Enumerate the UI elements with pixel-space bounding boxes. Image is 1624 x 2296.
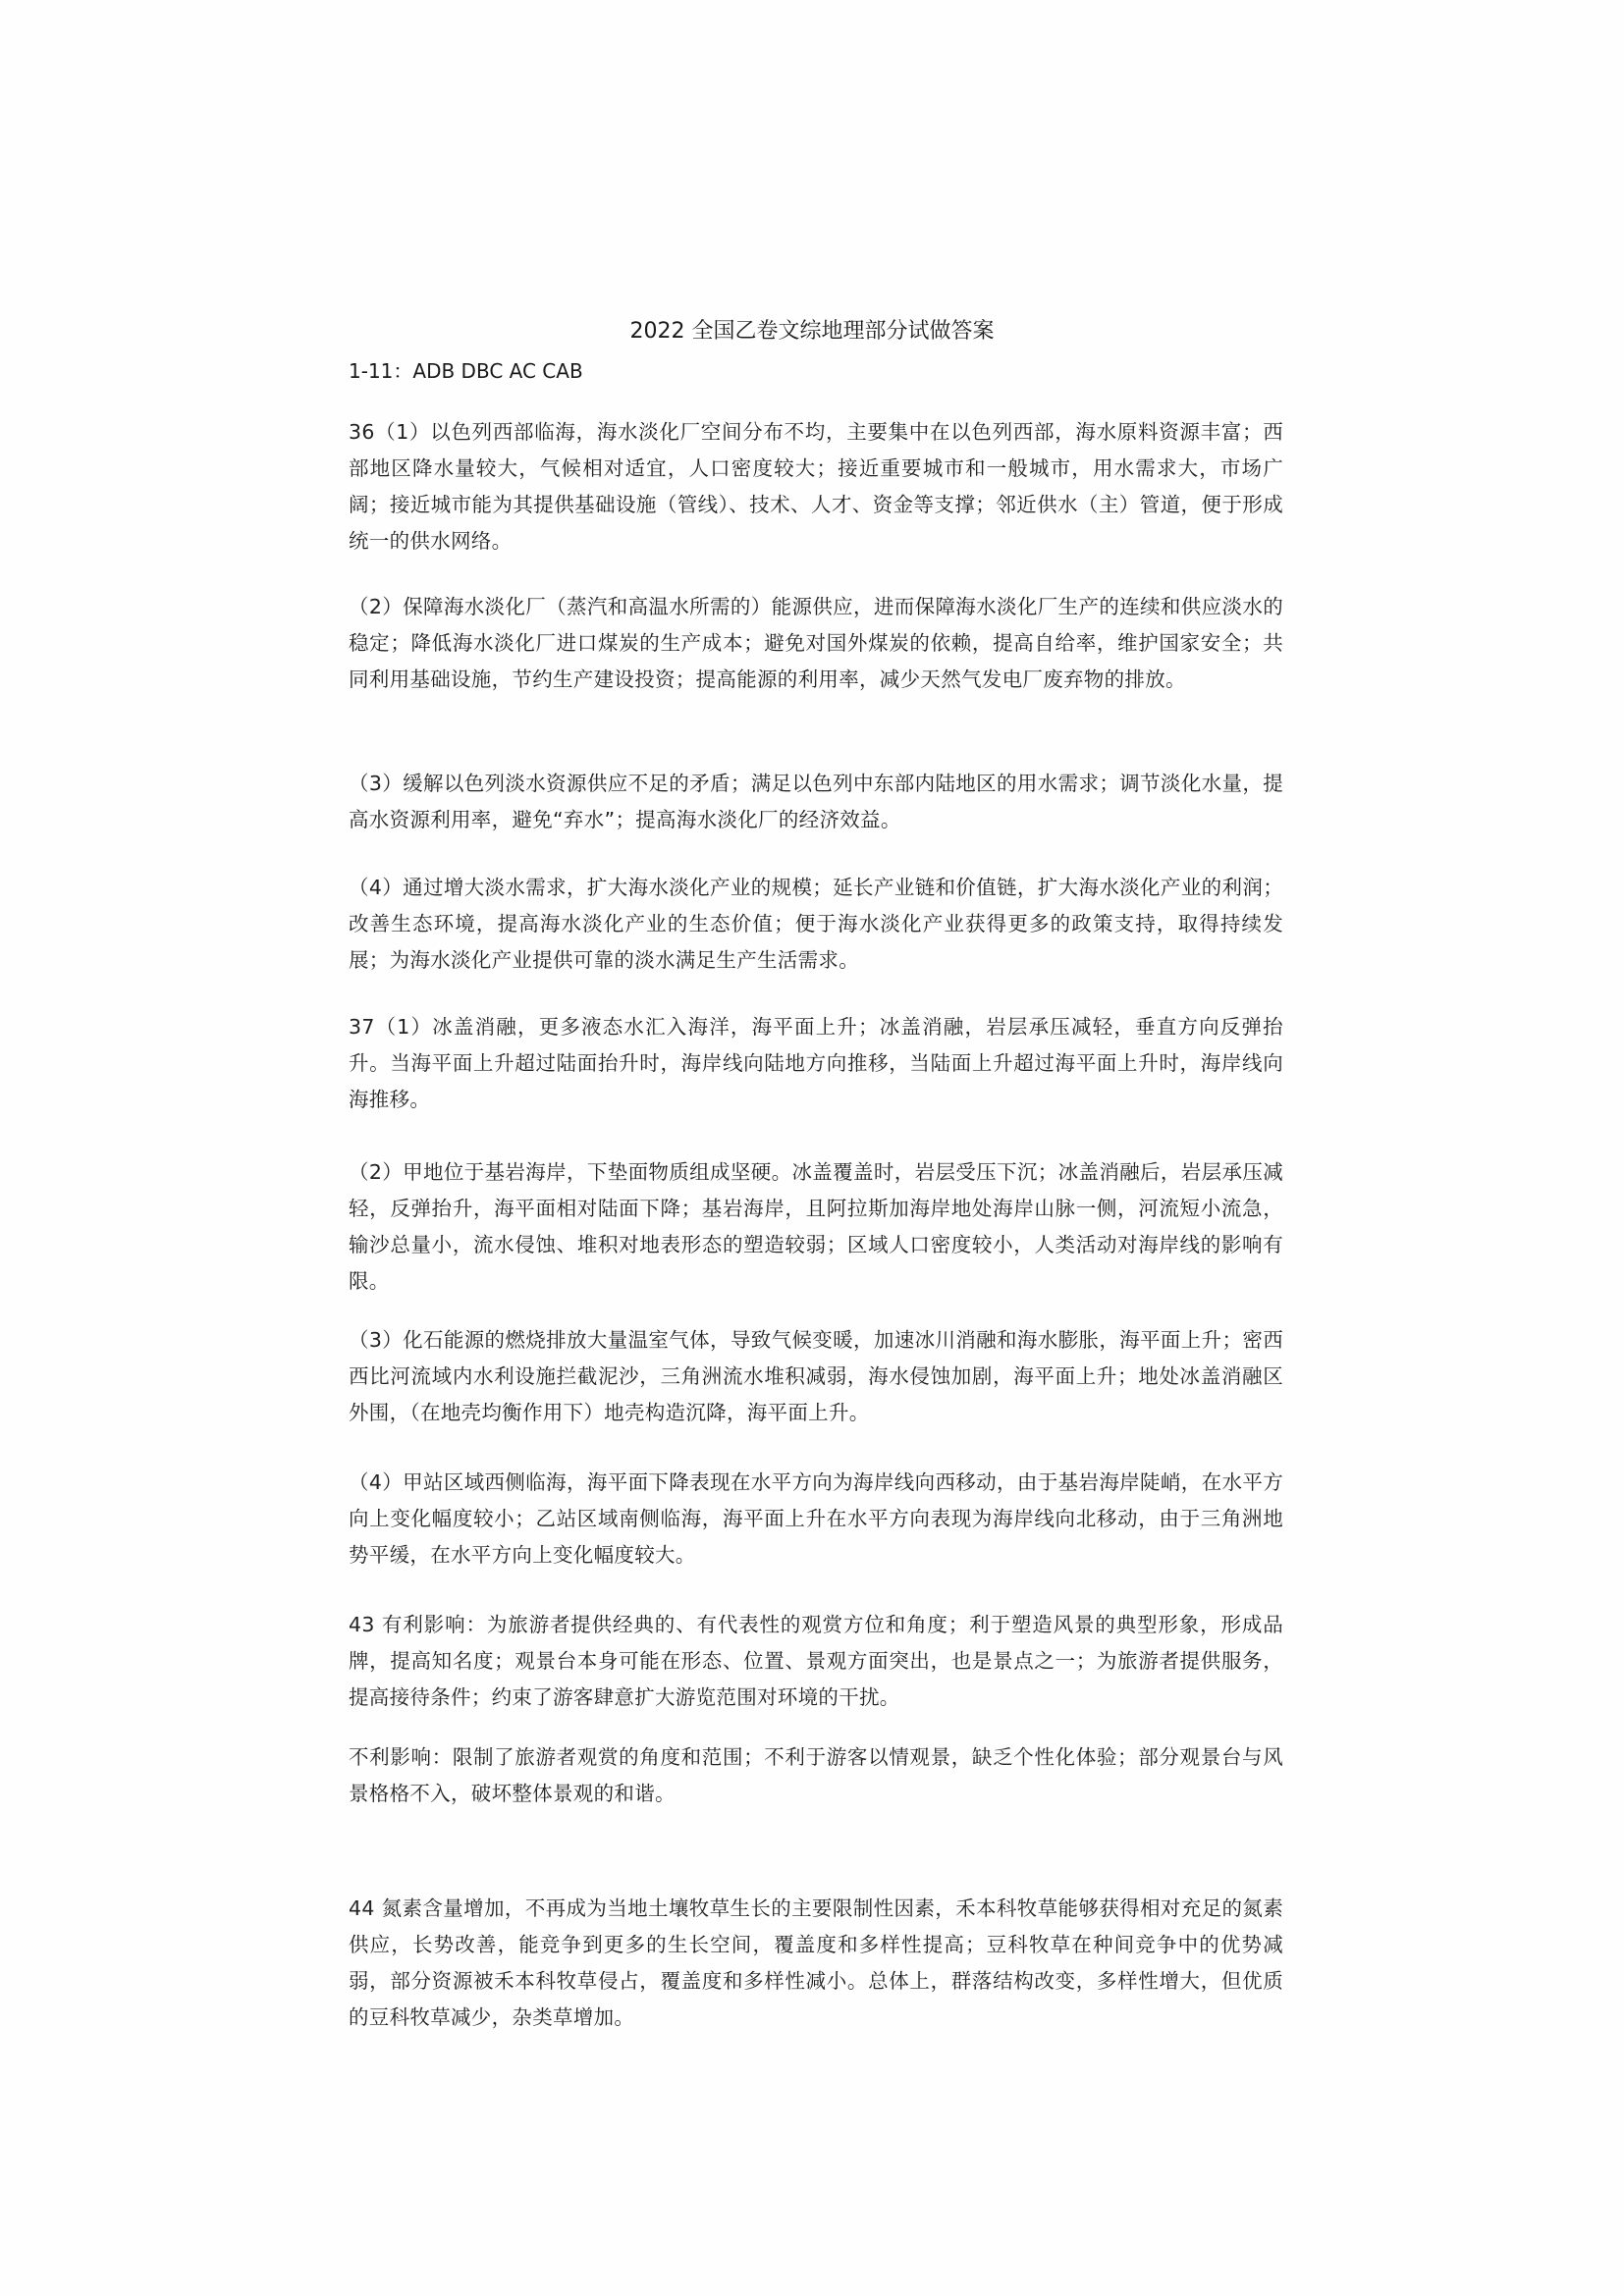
answer-q36-part1: 36（1）以色列西部临海，海水淡化厂空间分布不均，主要集中在以色列西部，海水原料… bbox=[349, 414, 1283, 560]
answer-q37-part3: （3）化石能源的燃烧排放大量温室气体，导致气候变暖，加速冰川消融和海水膨胀，海平… bbox=[349, 1322, 1283, 1431]
answer-q44: 44 氮素含量增加，不再成为当地土壤牧草生长的主要限制性因素，禾本科牧草能够获得… bbox=[349, 1891, 1283, 2036]
choice-answers: 1-11：ADB DBC AC CAB bbox=[349, 355, 583, 387]
answer-q36-part3: （3）缓解以色列淡水资源供应不足的矛盾；满足以色列中东部内陆地区的用水需求；调节… bbox=[349, 766, 1283, 838]
document-title: 2022 全国乙卷文综地理部分试做答案 bbox=[0, 316, 1624, 347]
document-page: 2022 全国乙卷文综地理部分试做答案 1-11：ADB DBC AC CAB … bbox=[0, 0, 1624, 2296]
answer-q37-part1: 37（1）冰盖消融，更多液态水汇入海洋，海平面上升；冰盖消融，岩层承压减轻，垂直… bbox=[349, 1009, 1283, 1118]
answer-q37-part4: （4）甲站区域西侧临海，海平面下降表现在水平方向为海岸线向西移动，由于基岩海岸陡… bbox=[349, 1465, 1283, 1574]
answer-q36-part2: （2）保障海水淡化厂（蒸汽和高温水所需的）能源供应，进而保障海水淡化厂生产的连续… bbox=[349, 589, 1283, 698]
answer-q43-advantages: 43 有利影响：为旅游者提供经典的、有代表性的观赏方位和角度；利于塑造风景的典型… bbox=[349, 1607, 1283, 1716]
answer-q37-part2: （2）甲地位于基岩海岸，下垫面物质组成坚硬。冰盖覆盖时，岩层受压下沉；冰盖消融后… bbox=[349, 1154, 1283, 1300]
answer-q43-disadvantages: 不利影响：限制了旅游者观赏的角度和范围；不利于游客以情观景，缺乏个性化体验；部分… bbox=[349, 1739, 1283, 1812]
answer-q36-part4: （4）通过增大淡水需求，扩大海水淡化产业的规模；延长产业链和价值链，扩大海水淡化… bbox=[349, 870, 1283, 979]
